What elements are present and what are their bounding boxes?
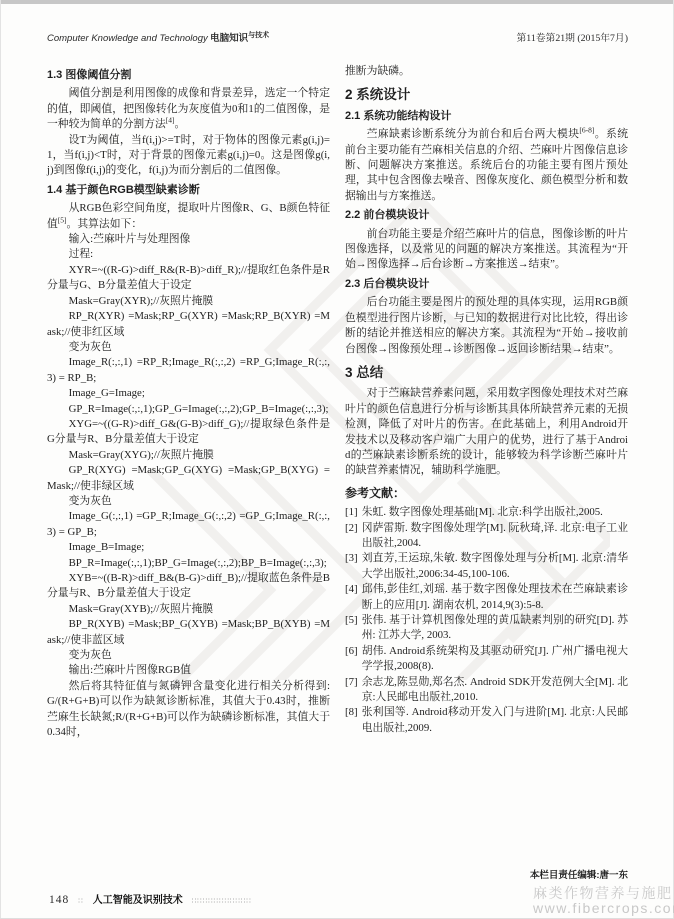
site-watermark: 麻类作物营养与施肥网 www.fibercrops.com [533, 886, 674, 916]
reference-marker: [3] [345, 551, 358, 566]
reference-marker: [2] [345, 521, 358, 536]
references-list: [1]朱虹. 数字图像处理基础[M]. 北京:科学出版社,2005. [2]冈萨… [345, 505, 628, 736]
reference-marker: [5] [345, 613, 358, 628]
paragraph: 前台功能主要是介绍苎麻叶片的信息，图像诊断的叶片图像选择，以及常见的问题的解决方… [345, 227, 628, 273]
site-watermark-url: www.fibercrops.com [533, 901, 674, 916]
algorithm-line: Image_B=Image; [47, 540, 330, 555]
reference-item: [5]张伟. 基于计算机图像处理的黄瓜缺素判别的研究[D]. 苏州: 江苏大学,… [345, 613, 628, 644]
reference-item: [6]胡伟. Android系统架构及其驱动研究[J]. 广州广播电视大学学报,… [345, 644, 628, 675]
section-heading-2-2: 2.2 前台模块设计 [345, 208, 628, 223]
journal-title: Computer Knowledge and Technology 电脑知识与技… [47, 30, 269, 44]
algorithm-line: XYB=~((B-R)>diff_B&(B-G)>diff_B);//提取蓝色条… [47, 571, 330, 602]
algorithm-line: 变为灰色 [47, 648, 330, 663]
footer-decor-left: ∷ [78, 897, 83, 905]
page-footer-left: 148 ∷ 人工智能及识别技术 ∷∷∷∷∷∷∷∷∷∷∷ [49, 891, 252, 906]
algorithm-line: 输入:苎麻叶片与处理图像 [47, 232, 330, 247]
page-top-edge [0, 0, 674, 4]
paragraph: 阈值分割是利用图像的成像和背景差异，选定一个特定的值，即阈值，把图像转化为灰度值… [47, 86, 330, 132]
page-header: Computer Knowledge and Technology 电脑知识与技… [47, 30, 628, 44]
journal-title-english: Computer Knowledge and Technology [47, 33, 208, 44]
journal-title-superscript: 与技术 [248, 32, 269, 39]
algorithm-line: BP_R(XYB) =Mask;BP_G(XYB) =Mask;BP_B(XYB… [47, 617, 330, 648]
algorithm-line: 过程: [47, 247, 330, 262]
algorithm-line: 变为灰色 [47, 340, 330, 355]
reference-marker: [6] [345, 644, 358, 659]
algorithm-line: GP_R(XYG) =Mask;GP_G(XYG) =Mask;GP_B(XYG… [47, 463, 330, 494]
paragraph: 从RGB色彩空间角度，提取叶片图像R、G、B颜色特征值[5]。其算法如下： [47, 201, 330, 232]
section-heading-2-3: 2.3 后台模块设计 [345, 277, 628, 292]
citation-ref: [5] [58, 215, 67, 224]
section-heading-1-4: 1.4 基于颜色RGB模型缺素诊断 [47, 183, 330, 198]
algorithm-line: 变为灰色 [47, 494, 330, 509]
algorithm-listing: 输入:苎麻叶片与处理图像 过程: XYR=~((R-G)>diff_R&(R-B… [47, 232, 330, 740]
reference-item: [8]张利国等. Android移动开发入门与进阶[M]. 北京:人民邮电出版社… [345, 705, 628, 736]
reference-item: [3]刘直芳,王运琼,朱敏. 数字图像处理与分析[M]. 北京:清华大学出版社,… [345, 551, 628, 582]
issue-info: 第11卷第21期 (2015年7月) [517, 30, 628, 44]
footer-decor-right: ∷∷∷∷∷∷∷∷∷∷∷ [192, 897, 252, 905]
references-heading: 参考文献： [345, 486, 628, 501]
reference-marker: [7] [345, 675, 358, 690]
algorithm-line: GP_R=Image(:,:,1);GP_G=Image(:,:,2);GP_B… [47, 402, 330, 417]
page-left-edge [0, 0, 1, 919]
reference-item: [4]邱伟,彭佳红,刘瑶. 基于数字图像处理技术在苎麻缺素诊断上的应用[J]. … [345, 582, 628, 613]
paper-page: Computer Knowledge and Technology 电脑知识与技… [0, 0, 674, 919]
algorithm-line: BP_R=Image(:,:,1);BP_G=Image(:,:,2);BP_B… [47, 556, 330, 571]
algorithm-line: Mask=Gray(XYB);//灰照片掩膜 [47, 602, 330, 617]
citation-ref: [4] [166, 116, 175, 125]
algorithm-line: Mask=Gray(XYG);//灰照片掩膜 [47, 448, 330, 463]
algorithm-line: 输出:苎麻叶片图像RGB值 [47, 663, 330, 678]
paragraph: 后台功能主要是图片的预处理的具体实现，运用RGB颜色模型进行图片诊断，与已知的数… [345, 295, 628, 357]
paragraph: 对于苎麻缺营养素问题，采用数字图像处理技术对苎麻叶片的颜色信息进行分析与诊断其具… [345, 386, 628, 478]
reference-marker: [4] [345, 582, 358, 597]
reference-item: [2]冈萨雷斯. 数字图像处理学[M]. 阮秋琦,译. 北京:电子工业出版社,2… [345, 521, 628, 552]
reference-item: [7]余志龙,陈昱勋,郑名杰. Android SDK开发范例大全[M]. 北京… [345, 675, 628, 706]
column-section-label: 人工智能及识别技术 [93, 891, 183, 906]
paragraph: 设T为阈值，当f(i,j)>=T时，对于物体的图像元素g(i,j)=1，当f(i… [47, 133, 330, 179]
algorithm-line: Image_R(:,:,1) =RP_R;Image_R(:,:,2) =RP_… [47, 355, 330, 386]
page-number: 148 [49, 894, 69, 906]
reference-marker: [8] [345, 705, 358, 720]
journal-title-chinese: 电脑知识与技术 [210, 33, 269, 44]
section-heading-1-3: 1.3 图像阈值分割 [47, 68, 330, 83]
algorithm-line: 然后将其特征值与氮磷钾含量变化进行相关分析得到:G/(R+G+B)可以作为缺氮诊… [47, 679, 330, 741]
algorithm-line: Image_G=Image; [47, 386, 330, 401]
reference-marker: [1] [345, 505, 358, 520]
right-column: 推断为缺磷。 2 系统设计 2.1 系统功能结构设计 苎麻缺素诊断系统分为前台和… [345, 64, 628, 740]
section-heading-2: 2 系统设计 [345, 87, 628, 102]
algorithm-line: RP_R(XYR) =Mask;RP_G(XYR) =Mask;RP_B(XYR… [47, 309, 330, 340]
left-column: 1.3 图像阈值分割 阈值分割是利用图像的成像和背景差异，选定一个特定的值，即阈… [47, 64, 330, 740]
reference-item: [1]朱虹. 数字图像处理基础[M]. 北京:科学出版社,2005. [345, 505, 628, 520]
citation-ref: [6-8] [579, 126, 594, 135]
section-heading-2-1: 2.1 系统功能结构设计 [345, 109, 628, 124]
algorithm-line: Mask=Gray(XYR);//灰照片掩膜 [47, 294, 330, 309]
algorithm-line: Image_G(:,:,1) =GP_R;Image_G(:,:,2) =GP_… [47, 509, 330, 540]
section-heading-3: 3 总结 [345, 365, 628, 380]
algorithm-line: XYR=~((R-G)>diff_R&(R-B)>diff_R);//提取红色条… [47, 263, 330, 294]
site-watermark-text: 麻类作物营养与施肥网 [533, 886, 674, 901]
paragraph-continuation: 推断为缺磷。 [345, 64, 628, 79]
article-body: 1.3 图像阈值分割 阈值分割是利用图像的成像和背景差异，选定一个特定的值，即阈… [47, 64, 628, 740]
editor-note: 本栏目责任编辑:唐一东 [530, 867, 628, 881]
paragraph: 苎麻缺素诊断系统分为前台和后台两大模块[6-8]。系统前台主要功能有苎麻相关信息… [345, 127, 628, 204]
algorithm-line: XYG=~((G-R)>diff_G&(G-B)>diff_G);//提取绿色条… [47, 417, 330, 448]
